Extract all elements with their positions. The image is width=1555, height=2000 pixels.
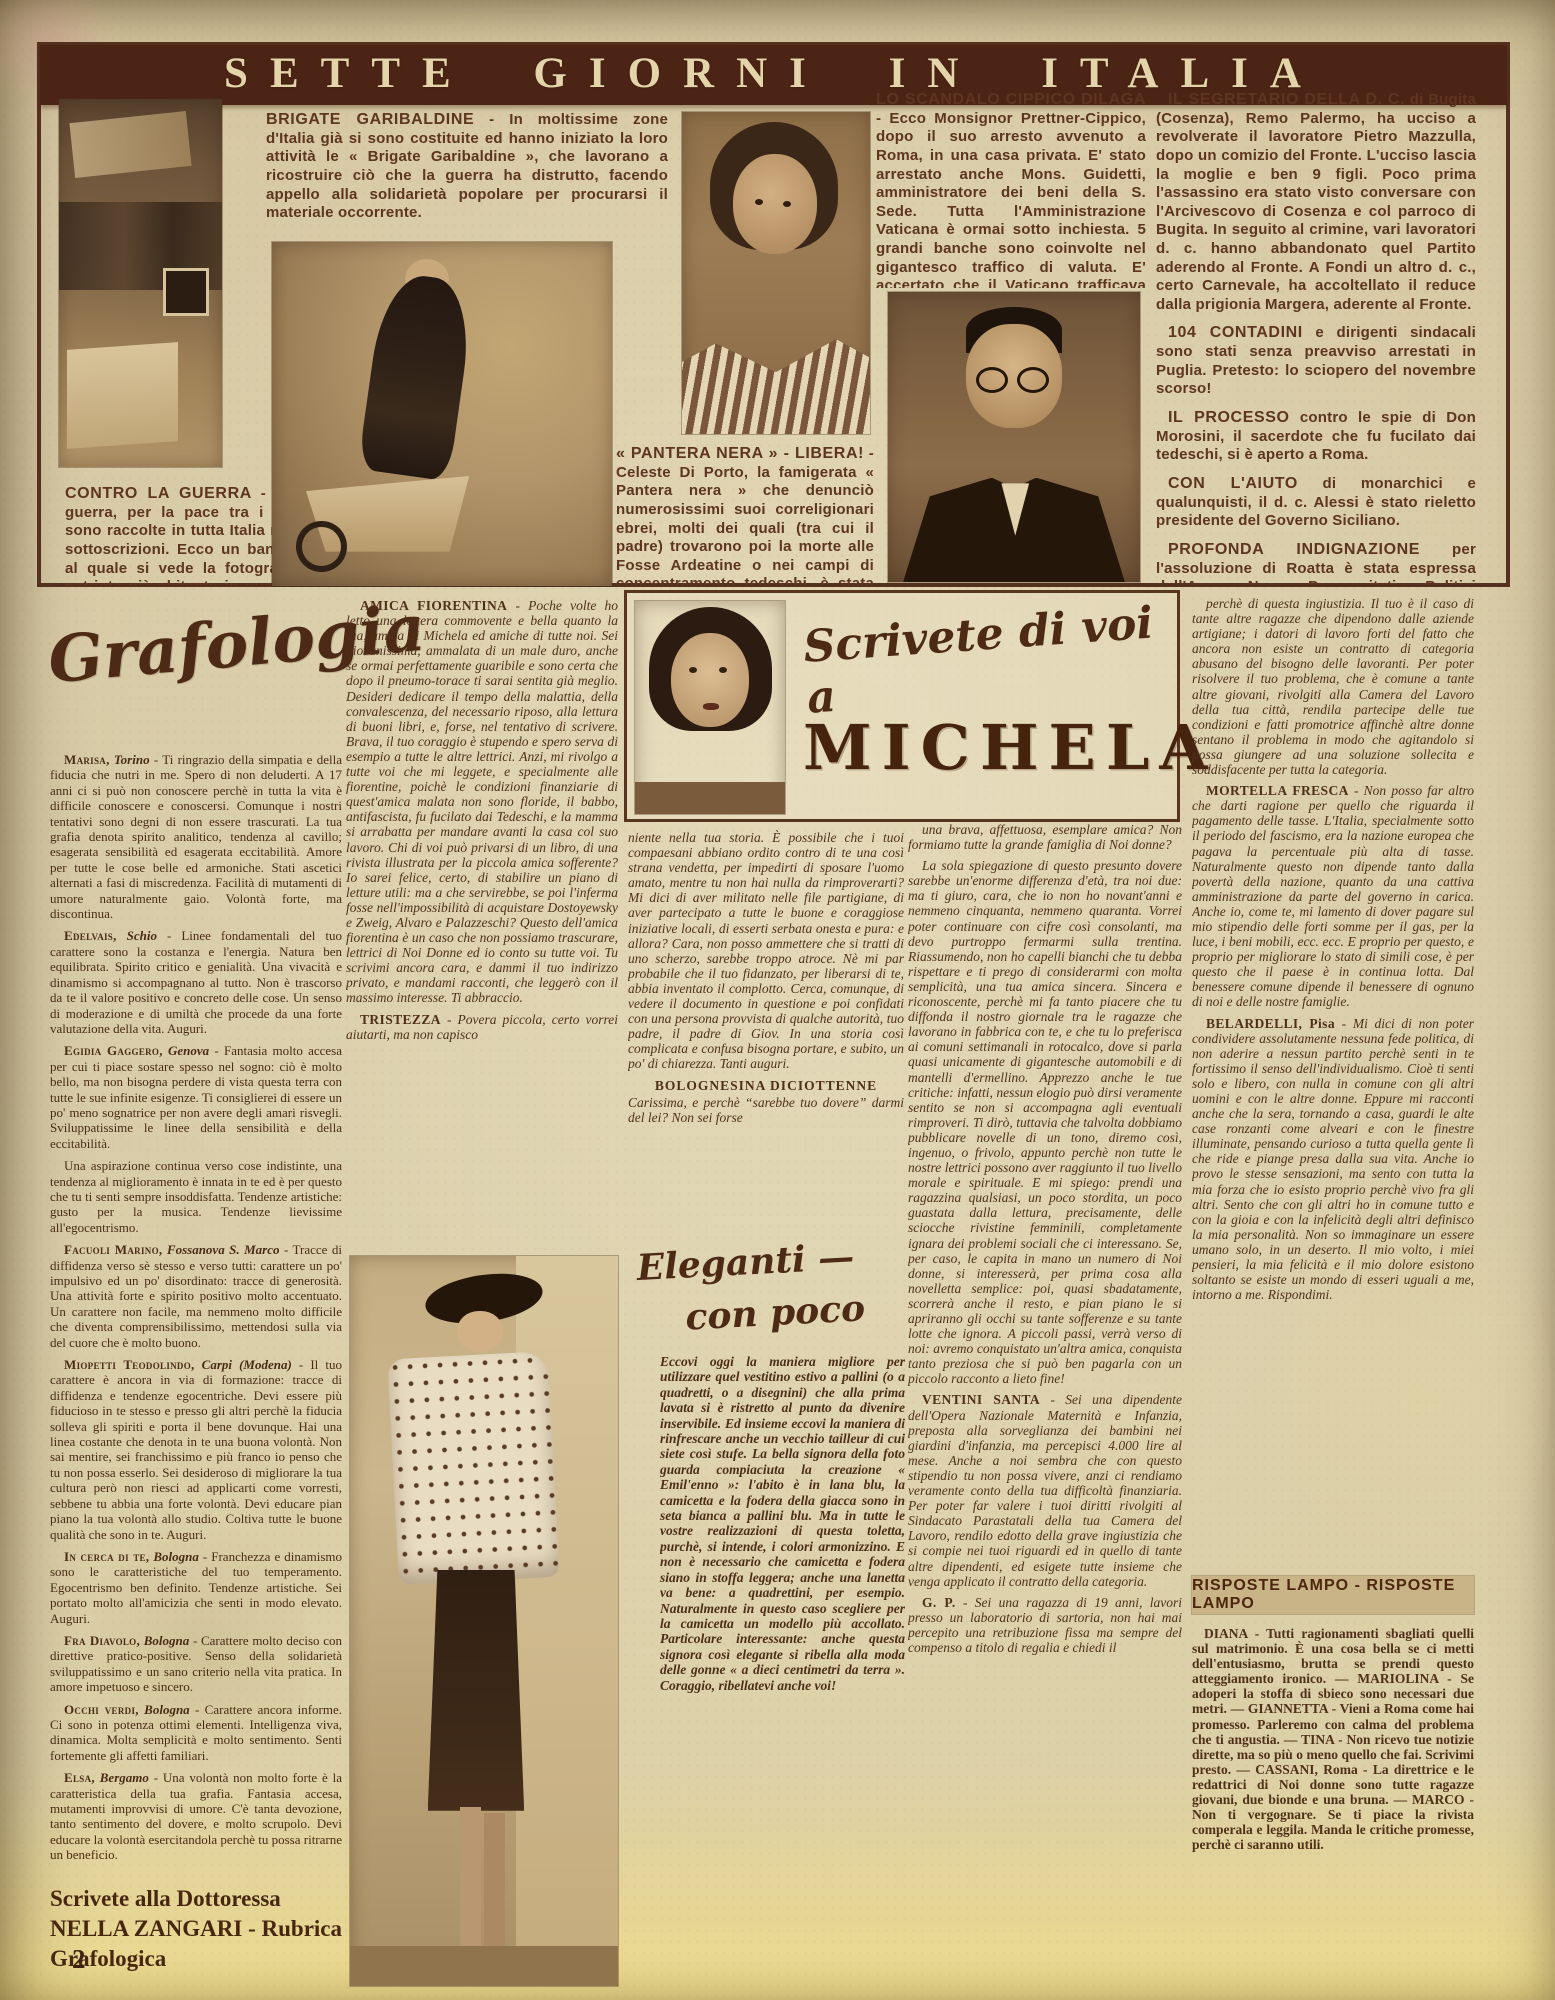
reader-name: Miopetti Teodolindo, [64,1357,195,1372]
michela-column-5: perchè di questa ingiustizia. Il tuo è i… [1192,596,1474,1560]
entry-body: - Fantasia molto accesa per cui ti piace… [50,1043,342,1150]
table-shape [67,342,178,449]
reply-name: MORTELLA FRESCA [1206,783,1349,798]
risposte-lampo-title: RISPOSTE LAMPO - RISPOSTE LAMPO [1192,1577,1474,1613]
photo-fashion-model [350,1256,618,1986]
grafologia-column: Marisa, Torino - Ti ringrazio della simp… [50,752,342,1880]
entry-body: - Ti ringrazio della simpatia e della fi… [50,752,342,921]
michela-header-box: Scrivete di voi a MICHELA [624,590,1180,822]
caption-title: « PANTERA NERA » - LIBERA! [616,445,864,462]
caption-title: CONTRO LA GUERRA [65,485,252,502]
entry-body: - Linee fondamentali del tuo carattere s… [50,928,342,1035]
reader-place: Bologna [144,1633,190,1648]
grafologia-entry: Occhi verdi, Bologna - Carattere ancora … [50,1702,342,1764]
face-shape [457,1311,503,1352]
lips-shape [703,703,719,710]
eleganti-article: Eccovi oggi la maniera migliore per util… [660,1354,905,1986]
news-brief-title: PROFONDA INDIGNAZIONE [1168,541,1420,558]
risposte-lampo-header: RISPOSTE LAMPO - RISPOSTE LAMPO [1192,1576,1474,1614]
photo-celeste-di-porto [682,112,870,434]
reader-place: Bergamo [100,1770,149,1785]
news-title: BRIGATE GARIBALDINE [266,111,474,128]
reader-place: Fossanova S. Marco [167,1242,280,1257]
photo-monsignor-glasses [888,292,1140,582]
michela-reply: MORTELLA FRESCA - Non posso far altro ch… [1192,783,1474,1009]
grafologia-entry: Una aspirazione continua verso cose indi… [50,1158,342,1235]
reply-name: VENTINI SANTA [922,1392,1040,1407]
grafologia-heading: Grafologia [45,597,360,699]
risposte-lampo-column: DIANA - Tutti ragionamenti sbagliati que… [1192,1626,1474,1986]
reader-name: Fra Diavolo, [64,1633,140,1648]
striped-blouse-shape [682,331,870,434]
reply-body: - Non posso far altro che darti ragione … [1192,783,1474,1009]
news-brief: 104 CONTADINI e dirigenti sindacali sono… [1156,323,1476,399]
reader-name: Elsa, [64,1770,95,1785]
caption-body: - Celeste Di Porto, la famigerata « Pant… [616,445,874,586]
face-shape [733,154,818,254]
reader-name: Edelvais, [64,928,117,943]
news-brief: PROFONDA INDIGNAZIONE per l'assoluzione … [1156,540,1476,584]
reader-name: In cerca di te, [64,1549,149,1564]
eleganti-heading: Eleganti — con poco [636,1233,911,1341]
reader-name: Occhi verdi, [64,1702,139,1717]
reader-place: Torino [114,752,150,767]
risposte-lampo-body: DIANA - Tutti ragionamenti sbagliati que… [1192,1626,1474,1852]
reply-body: Carissima, e perchè “sarebbe tuo dovere”… [628,1095,904,1125]
entry-body: - Tracce di diffidenza verso sè stesso e… [50,1242,342,1349]
michela-reply: BELARDELLI, Pisa - Mi dici di non poter … [1192,1016,1474,1303]
reader-place: Genova [168,1043,209,1058]
reader-place: Bologna [153,1549,199,1564]
grafologia-entry: Elsa, Bergamo - Una volontà non molto fo… [50,1770,342,1862]
photo-michela-portrait [635,601,785,814]
reader-place: Bologna [144,1702,190,1717]
shoulders-shape [635,782,785,814]
polka-dot-jacket-shape [387,1350,559,1584]
news-brief-title: IL SEGRETARIO DELLA D. C. [1168,91,1405,108]
news-brief-title: CON L'AIUTO [1168,475,1298,492]
man-body-shape [357,271,476,481]
grafologia-entry: Fra Diavolo, Bologna - Carattere molto d… [50,1633,342,1695]
news-body: - Ecco Monsignor Prettner-Cippico, dopo … [876,110,1146,288]
michela-big-title: MICHELA [803,711,1175,784]
reply-body: - Sei una dipendente dell'Opera Nazional… [908,1392,1182,1588]
grafologia-entry: Egidia Gaggero, Genova - Fantasia molto … [50,1043,342,1151]
reply-name: AMICA FIORENTINA [360,598,507,613]
reply-name: TRISTEZZA [360,1012,441,1027]
reply-body: - Poche volte ho letto una lettera commo… [346,598,618,1005]
floor-shape [350,1946,618,1986]
reply-body: perchè di questa ingiustizia. Il tuo è i… [1192,596,1474,777]
caption-pantera-nera: « PANTERA NERA » - LIBERA! - Celeste Di … [616,444,874,586]
reply-name: BELARDELLI, Pisa [1206,1016,1335,1031]
flag-shape [69,111,191,178]
legs-shape [460,1807,481,1946]
news-brief: CON L'AIUTO di monarchici e qualunquisti… [1156,474,1476,531]
michela-reply: VENTINI SANTA - Sei una dipendente dell'… [908,1392,1182,1588]
magazine-page: SETTE GIORNI IN ITALIA CONTRO LA GUERRA … [0,0,1555,2000]
news-brief-body: di Bugita (Cosenza), Remo Palermo, ha uc… [1156,91,1476,313]
news-brief-title: 104 CONTADINI [1168,324,1303,341]
michela-reply: La sola spiegazione di questo presunto d… [908,858,1182,1386]
reader-place: Carpi (Modena) [202,1357,292,1372]
reader-name: Facuoli Marino, [64,1242,162,1257]
reply-continuation: niente nella tua storia. È possibile che… [628,830,904,1072]
news-title: LO SCANDALO CIPPICO DILAGA [876,91,1146,108]
seven-days-news-section: SETTE GIORNI IN ITALIA CONTRO LA GUERRA … [37,42,1510,587]
eyes-shape [689,667,697,673]
reply-body: una brava, affettuosa, esemplare amica? … [908,822,1182,852]
michela-reply: perchè di questa ingiustizia. Il tuo è i… [1192,596,1474,777]
michela-column-3: niente nella tua storia. È possibile che… [628,830,904,1248]
face-shape [671,633,749,727]
grafologia-entry: Facuoli Marino, Fossanova S. Marco - Tra… [50,1242,342,1350]
entry-body: - Il tuo carattere è ancora in via di fo… [50,1357,342,1541]
reader-name: Marisa, [64,752,110,767]
michela-reply: una brava, affettuosa, esemplare amica? … [908,822,1182,852]
michela-script-title: Scrivete di voi a [802,596,1178,724]
news-brief: IL PROCESSO contro le spie di Don Morosi… [1156,408,1476,465]
news-right-column: IL SEGRETARIO DELLA D. C. di Bugita (Cos… [1156,90,1476,584]
grafologia-entry: In cerca di te, Bologna - Franchezza e d… [50,1549,342,1626]
michela-reply: G. P. - Sei una ragazza di 19 anni, lavo… [908,1595,1182,1655]
grafologia-entry: Marisa, Torino - Ti ringrazio della simp… [50,752,342,921]
michela-reply: TRISTEZZA - Povera piccola, certo vorrei… [346,1012,618,1042]
entry-body: Una aspirazione continua verso cose indi… [50,1158,342,1235]
dark-skirt-shape [428,1570,524,1811]
michela-reply: AMICA FIORENTINA - Poche volte ho letto … [346,598,618,1006]
portrait-frame-shape [163,268,209,316]
glasses-right-lens-shape [1017,367,1049,393]
reply-body: La sola spiegazione di questo presunto d… [908,858,1182,1386]
grafologia-entry: Miopetti Teodolindo, Carpi (Modena) - Il… [50,1357,342,1542]
grafologia-entry: Edelvais, Schio - Linee fondamentali del… [50,928,342,1036]
reply-name: BOLOGNESINA DICIOTTENNE [628,1078,904,1093]
news-brigate-garibaldine: BRIGATE GARIBALDINE - In moltissime zone… [266,110,668,240]
wheel-shape [296,521,347,573]
eleganti-title-line2: con poco [684,1285,910,1339]
news-brief: IL SEGRETARIO DELLA D. C. di Bugita (Cos… [1156,90,1476,314]
photo-war-subscription-desk [59,99,222,467]
reply-name: G. P. [922,1595,956,1610]
photo-man-wheelbarrow [272,242,612,586]
news-scandalo-cippico: LO SCANDALO CIPPICO DILAGA - Ecco Monsig… [876,90,1146,288]
reply-body: - Mi dici di non poter condividere assol… [1192,1016,1474,1303]
grafologia-footer: Scrivete alla Dottoressa NELLA ZANGARI -… [50,1884,350,1974]
reader-name: Egidia Gaggero, [64,1043,163,1058]
page-number: 2 [72,1944,86,1975]
reader-place: Schio [127,928,157,943]
michela-column-4: una brava, affettuosa, esemplare amica? … [908,822,1182,1986]
michela-column-2: AMICA FIORENTINA - Poche volte ho letto … [346,598,618,1250]
news-brief-title: IL PROCESSO [1168,409,1290,426]
